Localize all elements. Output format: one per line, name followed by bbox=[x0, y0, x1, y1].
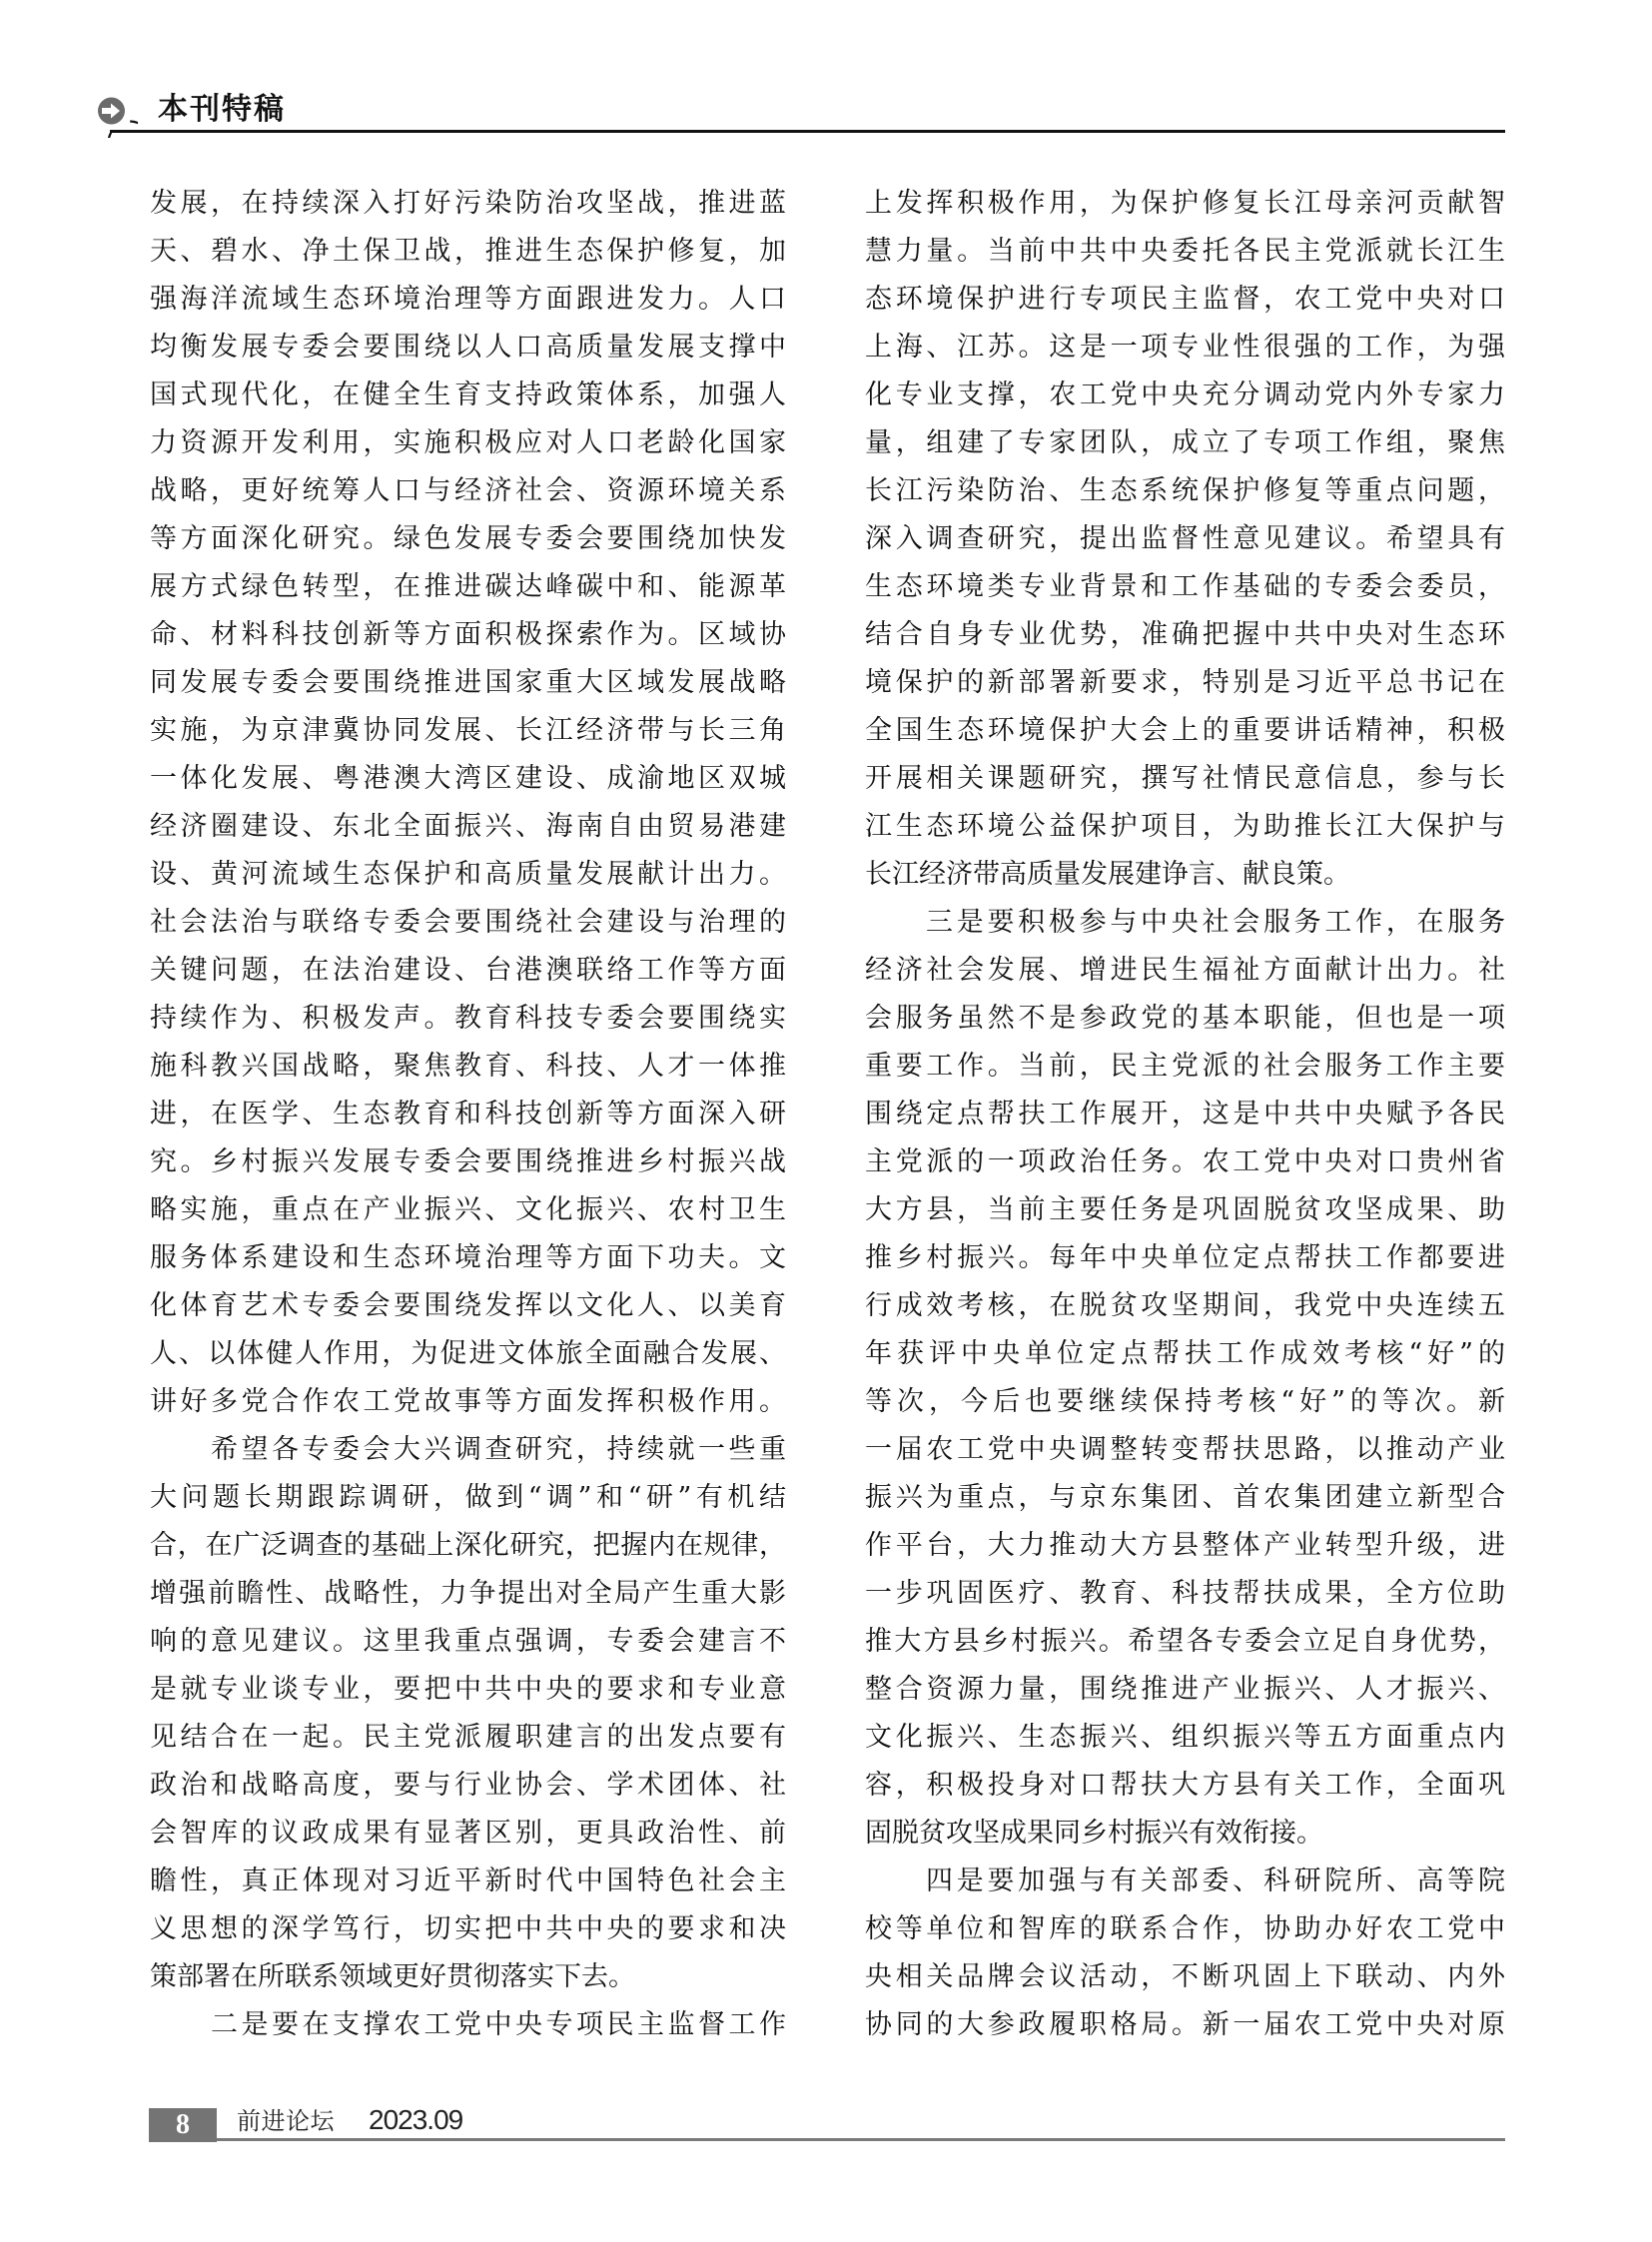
text-line: 推大方县乡村振兴。希望各专委会立足自身优势， bbox=[865, 1618, 1505, 1666]
text-line: 行成效考核，在脱贫攻坚期间，我党中央连续五 bbox=[865, 1282, 1505, 1330]
text-line: 策部署在所联系领域更好贯彻落实下去。 bbox=[150, 1953, 786, 2001]
issue-date: 2023.09 bbox=[369, 2105, 462, 2135]
text-line: 上海、江苏。这是一项专业性很强的工作，为强 bbox=[865, 324, 1505, 372]
text-line: 合，在广泛调查的基础上深化研究，把握内在规律， bbox=[150, 1522, 786, 1570]
publication-name: 前进论坛 bbox=[237, 2106, 335, 2136]
text-line: 三是要积极参与中央社会服务工作，在服务 bbox=[865, 899, 1505, 947]
text-line: 略实施，重点在产业振兴、文化振兴、农村卫生 bbox=[150, 1186, 786, 1234]
text-line: 年获评中央单位定点帮扶工作成效考核“好”的 bbox=[865, 1330, 1505, 1378]
article-left-column: 发展，在持续深入打好污染防治攻坚战，推进蓝天、碧水、净土保卫战，推进生态保护修复… bbox=[150, 180, 786, 2049]
text-line: 生态环境类专业背景和工作基础的专委会委员， bbox=[865, 563, 1505, 611]
text-line: 希望各专委会大兴调查研究，持续就一些重 bbox=[150, 1426, 786, 1474]
text-line: 央相关品牌会议活动，不断巩固上下联动、内外 bbox=[865, 1953, 1505, 2001]
text-line: 经济社会发展、增进民生福祉方面献计出力。社 bbox=[865, 947, 1505, 995]
text-line: 推乡村振兴。每年中央单位定点帮扶工作都要进 bbox=[865, 1234, 1505, 1282]
text-line: 设、黄河流域生态保护和高质量发展献计出力。 bbox=[150, 851, 786, 899]
text-line: 均衡发展专委会要围绕以人口高质量发展支撑中 bbox=[150, 324, 786, 372]
magazine-page: 本刊特稿 发展，在持续深入打好污染防治攻坚战，推进蓝天、碧水、净土保卫战，推进生… bbox=[0, 0, 1652, 2242]
text-line: 响的意见建议。这里我重点强调，专委会建言不 bbox=[150, 1618, 786, 1666]
text-line: 容，积极投身对口帮扶大方县有关工作，全面巩 bbox=[865, 1762, 1505, 1810]
text-line: 力资源开发利用，实施积极应对人口老龄化国家 bbox=[150, 419, 786, 467]
text-line: 主党派的一项政治任务。农工党中央对口贵州省 bbox=[865, 1138, 1505, 1186]
text-line: 重要工作。当前，民主党派的社会服务工作主要 bbox=[865, 1043, 1505, 1091]
text-line: 整合资源力量，围绕推进产业振兴、人才振兴、 bbox=[865, 1666, 1505, 1714]
text-line: 开展相关课题研究，撰写社情民意信息，参与长 bbox=[865, 755, 1505, 803]
text-line: 增强前瞻性、战略性，力争提出对全局产生重大影 bbox=[150, 1570, 786, 1618]
text-line: 围绕定点帮扶工作展开，这是中共中央赋予各民 bbox=[865, 1091, 1505, 1138]
text-line: 文化振兴、生态振兴、组织振兴等五方面重点内 bbox=[865, 1714, 1505, 1762]
page-number-badge: 8 bbox=[149, 2108, 217, 2142]
text-line: 见结合在一起。民主党派履职建言的出发点要有 bbox=[150, 1714, 786, 1762]
text-line: 究。乡村振兴发展专委会要围绕推进乡村振兴战 bbox=[150, 1138, 786, 1186]
text-line: 上发挥积极作用，为保护修复长江母亲河贡献智 bbox=[865, 180, 1505, 228]
text-line: 持续作为、积极发声。教育科技专委会要围绕实 bbox=[150, 995, 786, 1043]
text-line: 化专业支撑，农工党中央充分调动党内外专家力 bbox=[865, 372, 1505, 419]
text-line: 校等单位和智库的联系合作，协助办好农工党中 bbox=[865, 1905, 1505, 1953]
text-line: 施科教兴国战略，聚焦教育、科技、人才一体推 bbox=[150, 1043, 786, 1091]
text-line: 长江经济带高质量发展建诤言、献良策。 bbox=[865, 851, 1505, 899]
text-line: 社会法治与联络专委会要围绕社会建设与治理的 bbox=[150, 899, 786, 947]
article-right-column: 上发挥积极作用，为保护修复长江母亲河贡献智慧力量。当前中共中央委托各民主党派就长… bbox=[865, 180, 1505, 2049]
text-line: 长江污染防治、生态系统保护修复等重点问题， bbox=[865, 467, 1505, 515]
text-line: 协同的大参政履职格局。新一届农工党中央对原 bbox=[865, 2001, 1505, 2049]
text-line: 实施，为京津冀协同发展、长江经济带与长三角 bbox=[150, 707, 786, 755]
text-line: 国式现代化，在健全生育支持政策体系，加强人 bbox=[150, 372, 786, 419]
text-line: 态环境保护进行专项民主监督，农工党中央对口 bbox=[865, 276, 1505, 324]
footer-divider bbox=[217, 2138, 1505, 2141]
text-line: 化体育艺术专委会要围绕发挥以文化人、以美育 bbox=[150, 1282, 786, 1330]
text-line: 大问题长期跟踪调研，做到“调”和“研”有机结 bbox=[150, 1474, 786, 1522]
page-number: 8 bbox=[176, 2109, 190, 2140]
text-line: 等方面深化研究。绿色发展专委会要围绕加快发 bbox=[150, 515, 786, 563]
text-line: 是就专业谈专业，要把中共中央的要求和专业意 bbox=[150, 1666, 786, 1714]
text-line: 进，在医学、生态教育和科技创新等方面深入研 bbox=[150, 1091, 786, 1138]
text-line: 战略，更好统筹人口与经济社会、资源环境关系 bbox=[150, 467, 786, 515]
text-line: 量，组建了专家团队，成立了专项工作组，聚焦 bbox=[865, 419, 1505, 467]
text-line: 一届农工党中央调整转变帮扶思路，以推动产业 bbox=[865, 1426, 1505, 1474]
text-line: 政治和战略高度，要与行业协会、学术团体、社 bbox=[150, 1762, 786, 1810]
text-line: 瞻性，真正体现对习近平新时代中国特色社会主 bbox=[150, 1858, 786, 1905]
text-line: 大方县，当前主要任务是巩固脱贫攻坚成果、助 bbox=[865, 1186, 1505, 1234]
text-line: 展方式绿色转型，在推进碳达峰碳中和、能源革 bbox=[150, 563, 786, 611]
text-line: 振兴为重点，与京东集团、首农集团建立新型合 bbox=[865, 1474, 1505, 1522]
text-line: 江生态环境公益保护项目，为助推长江大保护与 bbox=[865, 803, 1505, 851]
section-title: 本刊特稿 bbox=[158, 94, 286, 126]
text-line: 慧力量。当前中共中央委托各民主党派就长江生 bbox=[865, 228, 1505, 276]
text-line: 会服务虽然不是参政党的基本职能，但也是一项 bbox=[865, 995, 1505, 1043]
text-line: 义思想的深学笃行，切实把中共中央的要求和决 bbox=[150, 1905, 786, 1953]
text-line: 境保护的新部署新要求，特别是习近平总书记在 bbox=[865, 659, 1505, 707]
text-line: 讲好多党合作农工党故事等方面发挥积极作用。 bbox=[150, 1378, 786, 1426]
text-line: 同发展专委会要围绕推进国家重大区域发展战略 bbox=[150, 659, 786, 707]
text-line: 强海洋流域生态环境治理等方面跟进发力。人口 bbox=[150, 276, 786, 324]
text-line: 天、碧水、净土保卫战，推进生态保护修复，加 bbox=[150, 228, 786, 276]
text-line: 服务体系建设和生态环境治理等方面下功夫。文 bbox=[150, 1234, 786, 1282]
text-line: 固脱贫攻坚成果同乡村振兴有效衔接。 bbox=[865, 1810, 1505, 1858]
text-line: 发展，在持续深入打好污染防治攻坚战，推进蓝 bbox=[150, 180, 786, 228]
text-line: 经济圈建设、东北全面振兴、海南自由贸易港建 bbox=[150, 803, 786, 851]
text-line: 关键问题，在法治建设、台港澳联络工作等方面 bbox=[150, 947, 786, 995]
header-divider bbox=[110, 130, 1505, 133]
text-line: 一体化发展、粤港澳大湾区建设、成渝地区双城 bbox=[150, 755, 786, 803]
text-line: 等次，今后也要继续保持考核“好”的等次。新 bbox=[865, 1378, 1505, 1426]
text-line: 四是要加强与有关部委、科研院所、高等院 bbox=[865, 1858, 1505, 1905]
text-line: 结合自身专业优势，准确把握中共中央对生态环 bbox=[865, 611, 1505, 659]
text-line: 作平台，大力推动大方县整体产业转型升级，进 bbox=[865, 1522, 1505, 1570]
text-line: 全国生态环境保护大会上的重要讲话精神，积极 bbox=[865, 707, 1505, 755]
text-line: 一步巩固医疗、教育、科技帮扶成果，全方位助 bbox=[865, 1570, 1505, 1618]
text-line: 深入调查研究，提出监督性意见建议。希望具有 bbox=[865, 515, 1505, 563]
text-line: 人、以体健人作用，为促进文体旅全面融合发展、 bbox=[150, 1330, 786, 1378]
text-line: 会智库的议政成果有显著区别，更具政治性、前 bbox=[150, 1810, 786, 1858]
text-line: 二是要在支撑农工党中央专项民主监督工作 bbox=[150, 2001, 786, 2049]
text-line: 命、材料科技创新等方面积极探索作为。区域协 bbox=[150, 611, 786, 659]
